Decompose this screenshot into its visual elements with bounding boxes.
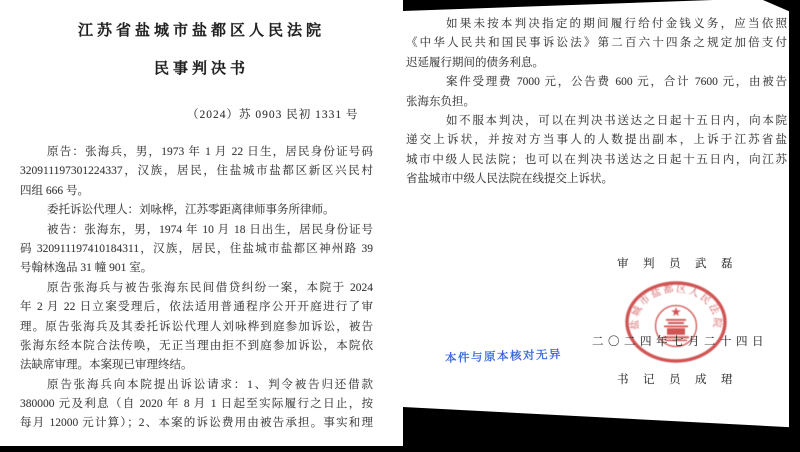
case-number: （2024）苏 0903 民初 1331 号 bbox=[187, 106, 359, 122]
judgment-page-1: 江苏省盐城市盐都区人民法院 民事判决书 （2024）苏 0903 民初 1331… bbox=[0, 0, 403, 446]
text-line: 原告张海兵向本院提出诉讼请求：1、判令被告归还借款 bbox=[20, 376, 373, 395]
scan-edge-right bbox=[789, 0, 800, 452]
text-line: 320911197301224337，汉族，居民，住盐城市盐都区新区兴民村 bbox=[20, 162, 373, 181]
court-name-heading: 江苏省盐城市盐都区人民法院 bbox=[0, 19, 403, 40]
text-line: 380000 元及利息（自 2020 年 8 月 1 日起至实际履行之日止，按 bbox=[20, 395, 373, 414]
scan-edge-bottom-left bbox=[0, 446, 410, 452]
judgment-page-2: 如果未按本判决指定的期间履行给付金钱义务，应当依照《中华人民共和国民事诉讼法》第… bbox=[403, 0, 789, 407]
clerk-signature: 书记员成珺 bbox=[617, 371, 747, 387]
text-line: 递交上诉状，并按对方当事人的人数提出副本，上诉于江苏省盐 bbox=[406, 131, 787, 150]
text-line: 省盐城市中级人民法院在线提交上诉状。 bbox=[406, 170, 787, 189]
verification-stamp: 本件与原本核对无异 bbox=[445, 346, 562, 366]
text-line: 委托诉讼代理人：刘咏桦，江苏零距离律师事务所律师。 bbox=[20, 201, 373, 220]
text-line: 城市中级人民法院；也可以在判决书送达之日起十五日内，向江苏 bbox=[406, 151, 787, 170]
text-line: 案件受理费 7000 元，公告费 600 元，合计 7600 元，由被告 bbox=[406, 73, 787, 92]
text-line: 理。原告张海兵及其委托诉讼代理人刘咏桦到庭参加诉讼，被告 bbox=[20, 318, 373, 337]
text-line: 原告张海兵与被告张海东民间借贷纠纷一案，本院于 2024 bbox=[20, 279, 373, 298]
document-type-heading: 民事判决书 bbox=[0, 57, 403, 78]
text-line: 被告：张海东，男，1974 年 10 月 18 日出生，居民身份证号 bbox=[20, 221, 373, 240]
text-line: 如果未按本判决指定的期间履行给付金钱义务，应当依照 bbox=[406, 15, 787, 34]
text-line: 《中华人民共和国民事诉讼法》第二百六十四条之规定加倍支付 bbox=[406, 34, 787, 53]
judge-signature: 审判员武磊 bbox=[617, 255, 747, 271]
text-line: 法缺席审理。本案现已审理终结。 bbox=[20, 356, 373, 375]
text-line: 如不服本判决，可以在判决书送达之日起十五日内，向本院 bbox=[406, 112, 787, 131]
text-line: 年 2 月 22 日立案受理后，依法适用普通程序公开开庭进行了审 bbox=[20, 298, 373, 317]
text-line: 号翰林逸品 31 幢 901 室。 bbox=[20, 259, 373, 278]
judgment-date: 二〇二四年七月二十四日 bbox=[592, 333, 768, 349]
text-line: 每月 12000 元计算）；2、本案的诉讼费用由被告承担。事实和理 bbox=[20, 414, 373, 433]
text-line: 码 320911197410184311，汉族，居民，住盐城市盐都区神州路 39 bbox=[20, 240, 373, 259]
text-line: 张海东经本院合法传唤，无正当理由拒不到庭参加诉讼，本院依 bbox=[20, 337, 373, 356]
text-line: 迟延履行期间的债务利息。 bbox=[406, 54, 787, 73]
text-line: 原告：张海兵，男，1973 年 1 月 22 日生，居民身份证号码 bbox=[20, 143, 373, 162]
text-line: 张海东负担。 bbox=[406, 93, 787, 112]
scan-edge-bottom-right bbox=[403, 407, 800, 452]
page-1-body-text: 原告：张海兵，男，1973 年 1 月 22 日生，居民身份证号码3209111… bbox=[20, 143, 373, 434]
page-2-body-text: 如果未按本判决指定的期间履行给付金钱义务，应当依照《中华人民共和国民事诉讼法》第… bbox=[406, 15, 787, 190]
court-seal-stamp: 盐城市盐都区人民法院 bbox=[623, 280, 729, 364]
text-line: 四组 666 号。 bbox=[20, 182, 373, 201]
